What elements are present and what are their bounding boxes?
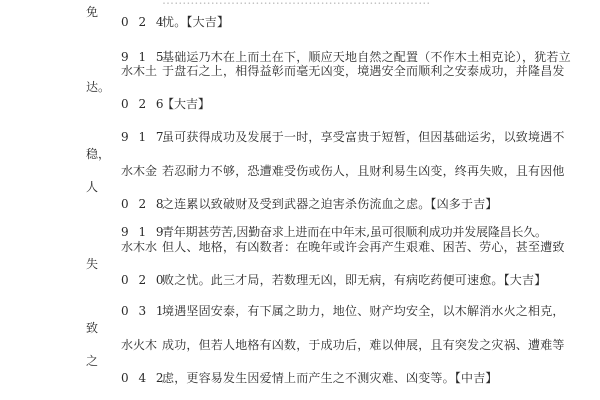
entry-code: 9 1 7 — [121, 130, 167, 144]
entry-closing-code: 0 2 8 — [121, 197, 167, 211]
margin-char: 达。 — [86, 80, 110, 94]
margin-char: 之 — [86, 354, 98, 368]
entry-text-line: 败之忧。此三才局，若数理无凶，即无病，有病吃药便可速愈。【大吉】 — [162, 273, 546, 287]
entry-text-line: 成功，但若人地格有凶数，于成功后，难以伸展，且有突发之灾祸、遭难等 — [162, 338, 565, 352]
entry-elements: 水火木 — [121, 338, 157, 352]
entry-elements: 水木土 — [121, 64, 157, 78]
margin-char: 致 — [86, 321, 98, 335]
entry-text-line: 虽可获得成功及发展于一时，享受富贵于短暂，但因基础运劣，以致境遇不 — [162, 130, 565, 144]
entry-text-line: 但人、地格，有凶数者：在晚年或许会再产生艰难、困苦、劳心，甚至遭致 — [162, 240, 565, 254]
entry-code: 0 3 1 — [121, 304, 167, 318]
entry-verdict: 【大吉】 — [162, 97, 210, 111]
entry-elements: 水木金 — [121, 164, 157, 178]
entry-text-line: 忧。【大吉】 — [162, 15, 229, 29]
document-page: ………………………………………………………… 免 0 2 4 忧。【大吉】 9 … — [0, 0, 600, 400]
entry-text-line: 于盘石之上，相得益彰而毫无凶变，境遇安全而顺利之安泰成功，并隆昌发 — [162, 64, 565, 78]
entry-text-line: 青年期甚劳苦,因勤奋求上进而在中年末,虽可很顺利成功并发展隆昌长久。 — [162, 225, 547, 239]
entry-text-line: 境遇坚固安泰，有下属之助力，地位、财产均安全，以木解消水火之相克， — [162, 304, 565, 318]
entry-text-line: 基础运乃木在上而土在下，顺应天地自然之配置（不作木土相克论），犹若立 — [162, 50, 571, 64]
entry-elements: 水木水 — [121, 240, 157, 254]
margin-char: 人 — [86, 180, 98, 194]
entry-closing-code: 0 4 2 — [121, 371, 167, 385]
margin-char: 稳， — [86, 147, 110, 161]
entry-text-line: 之连累以致破财及受到武器之迫害杀伤流血之虑。【凶多于吉】 — [162, 197, 498, 211]
margin-char: 免 — [86, 5, 98, 19]
entry-text-line: 若忍耐力不够，恐遭难受伤或伤人，且财利易生凶变，终再失败，且有因他 — [162, 164, 565, 178]
entry-text-line: 虑，更容易发生因爱情上而产生之不测灾难、凶变等。【中吉】 — [162, 371, 498, 385]
partial-text-line-bottom: ………………………………………… — [180, 393, 375, 400]
entry-closing-code: 0 2 0 — [121, 273, 167, 287]
margin-char: 失 — [86, 257, 98, 271]
entry-closing-code: 0 2 6 — [121, 97, 167, 111]
entry-code: 9 1 9 — [121, 225, 167, 239]
entry-number: 0 2 4 — [121, 15, 167, 29]
partial-text-line-top: ………………………………………………………… — [162, 0, 430, 7]
entry-code: 9 1 5 — [121, 50, 167, 64]
